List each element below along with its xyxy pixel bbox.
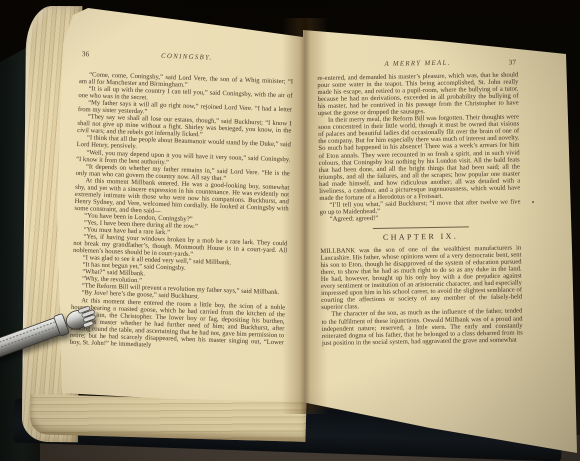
photo-of-open-book: 36 CONINGSBY. “Come, come, Coningsby,” s…: [0, 0, 580, 461]
chapter-heading: CHAPTER IX.: [320, 231, 521, 242]
page-edges-bottom: [29, 394, 306, 442]
paragraph: re-entered, and demanded his master’s pl…: [317, 71, 519, 117]
paper-speck: [532, 201, 534, 203]
paragraph: In their merry meal, the Reform Bill was…: [318, 114, 520, 202]
silver-hand-bookmark: [0, 286, 110, 378]
paragraph: MILLBANK was the son of one of the wealt…: [320, 244, 522, 311]
section-rule: [372, 226, 468, 229]
right-page-number: 37: [509, 59, 517, 66]
paragraph: The character of the son, as much as the…: [321, 308, 523, 347]
right-page-text: A MERRY MEAL. 37 re-entered, and demande…: [317, 58, 523, 346]
bookmark-body: [0, 303, 98, 361]
